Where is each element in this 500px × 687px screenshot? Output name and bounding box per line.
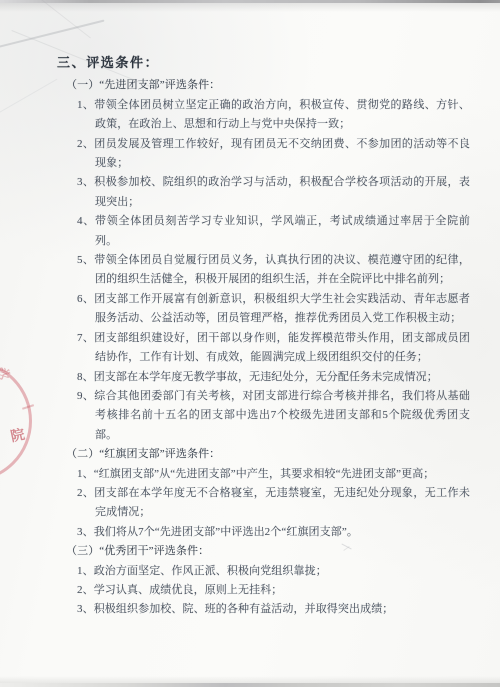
item-number: 1、 xyxy=(77,565,94,577)
section-heading: （二）“红旗团支部”评选条件： xyxy=(66,445,470,464)
item-number: 3、 xyxy=(77,526,94,538)
item-text: 积极参加校、院组织的政治学习与活动，积极配合学校各项活动的开展，表现突出； xyxy=(94,176,470,207)
list-item: 2、团支部在本学年度无不合格寝室，无违禁寝室，无违纪处分现象，无工作未完成情况； xyxy=(77,484,470,523)
scan-edge-bottom-shadow xyxy=(0,676,500,683)
item-text: 团支部工作开展富有创新意识，积极组织大学生社会实践活动、青年志愿者服务活动、公益… xyxy=(94,293,470,324)
document-content: 三、评选条件： （一）“先进团支部”评选条件： 1、带领全体团员树立坚定正确的政… xyxy=(57,53,470,620)
item-number: 9、 xyxy=(77,390,94,402)
section-advanced-league-branch: （一）“先进团支部”评选条件： 1、带领全体团员树立坚定正确的政治方向，积极宣传… xyxy=(57,76,470,445)
list-item: 3、我们将从7个“先进团支部”中评选出2个“红旗团支部”。 xyxy=(77,523,470,542)
item-number: 3、 xyxy=(77,176,94,188)
item-text: 团支部在本学年度无不合格寝室，无违禁寝室，无违纪处分现象，无工作未完成情况； xyxy=(94,487,470,518)
item-text: 带领全体团员自觉履行团员义务，认真执行团的决议、模范遵守团的纪律，团的组织生活健… xyxy=(94,254,470,285)
section-red-flag-league-branch: （二）“红旗团支部”评选条件： 1、“红旗团支部”从“先进团支部”中产生，其要求… xyxy=(57,445,470,542)
list-item: 1、“红旗团支部”从“先进团支部”中产生，其要求相较“先进团支部”更高； xyxy=(77,465,470,484)
item-number: 2、 xyxy=(77,487,94,499)
item-text: “红旗团支部”从“先进团支部”中产生，其要求相较“先进团支部”更高； xyxy=(94,468,435,480)
item-text: 积极组织参加校、院、班的各种有益活动，并取得突出成绩； xyxy=(94,603,394,615)
list-item: 7、团支部组织建设好，团干部以身作则，能发挥模范带头作用，团支部成员团结协作，工… xyxy=(77,329,470,368)
list-item: 2、团员发展及管理工作较好，现有团员无不交纳团费、不参加团的活动等不良现象； xyxy=(77,135,470,174)
item-text: 团支部组织建设好，团干部以身作则，能发挥模范带头作用，团支部成员团结协作，工作有… xyxy=(94,332,470,363)
scan-edge-bottom xyxy=(0,683,500,687)
list-item: 3、积极参加校、院组织的政治学习与活动，积极配合学校各项活动的开展，表现突出； xyxy=(77,173,470,212)
item-number: 8、 xyxy=(77,371,94,383)
paper-crease xyxy=(0,79,58,115)
list-item: 5、带领全体团员自觉履行团员义务，认真执行团的决议、模范遵守团的纪律，团的组织生… xyxy=(77,251,470,290)
list-item: 9、综合其他团委部门有关考核，对团支部进行综合考核并排名，我们将从基础考核排名前… xyxy=(77,387,470,445)
item-text: 政治方面坚定、作风正派、积极向党组织靠拢； xyxy=(94,565,327,577)
list-item: 8、团支部在本学年度无教学事故，无违纪处分，无分配任务未完成情况； xyxy=(77,368,470,387)
section-outstanding-league-cadre: （三）“优秀团干”评选条件： 1、政治方面坚定、作风正派、积极向党组织靠拢； 2… xyxy=(57,542,470,620)
item-number: 6、 xyxy=(77,293,94,305)
item-text: 学习认真、成绩优良，原则上无挂科； xyxy=(94,584,283,596)
item-number: 2、 xyxy=(77,584,94,596)
item-number: 7、 xyxy=(77,332,94,344)
item-text: 综合其他团委部门有关考核，对团支部进行综合考核并排名，我们将从基础考核排名前十五… xyxy=(94,390,470,441)
item-text: 带领全体团员树立坚定正确的政治方向，积极宣传、贯彻党的路线、方针、政策，在政治上… xyxy=(94,99,470,130)
item-number: 3、 xyxy=(77,603,94,615)
item-number: 1、 xyxy=(77,99,94,111)
item-text: 我们将从7个“先进团支部”中评选出2个“红旗团支部”。 xyxy=(94,526,358,538)
item-text: 带领全体团员刻苦学习专业知识，学风端正，考试成绩通过率居于全院前列。 xyxy=(95,215,470,246)
item-number: 5、 xyxy=(77,254,94,266)
list-item: 3、积极组织参加校、院、班的各种有益活动，并取得突出成绩； xyxy=(77,600,470,619)
scanned-document-page: 学 院 三、评选条件： （一）“先进团支部”评选条件： 1、带领全体团员树立坚定… xyxy=(0,0,500,687)
list-item: 6、团支部工作开展富有创新意识，积极组织大学生社会实践活动、青年志愿者服务活动、… xyxy=(77,290,470,329)
list-item: 2、学习认真、成绩优良，原则上无挂科； xyxy=(77,581,470,600)
list-item: 1、政治方面坚定、作风正派、积极向党组织靠拢； xyxy=(77,562,470,581)
scan-edge-top-shadow xyxy=(0,3,500,12)
item-number: 4、 xyxy=(77,215,95,227)
document-title: 三、评选条件： xyxy=(57,53,470,72)
section-heading: （三）“优秀团干”评选条件： xyxy=(66,542,470,561)
red-official-seal-stamp: 学 院 xyxy=(0,350,46,490)
item-text: 团员发展及管理工作较好，现有团员无不交纳团费、不参加团的活动等不良现象； xyxy=(94,138,470,169)
seal-character: 院 xyxy=(10,429,27,446)
item-text: 团支部在本学年度无教学事故，无违纪处分，无分配任务未完成情况； xyxy=(94,371,438,383)
item-number: 1、 xyxy=(77,468,94,480)
section-heading: （一）“先进团支部”评选条件： xyxy=(66,76,470,95)
item-number: 2、 xyxy=(77,138,94,150)
list-item: 1、带领全体团员树立坚定正确的政治方向，积极宣传、贯彻党的路线、方针、政策，在政… xyxy=(77,96,470,135)
list-item: 4、带领全体团员刻苦学习专业知识，学风端正，考试成绩通过率居于全院前列。 xyxy=(77,212,470,251)
